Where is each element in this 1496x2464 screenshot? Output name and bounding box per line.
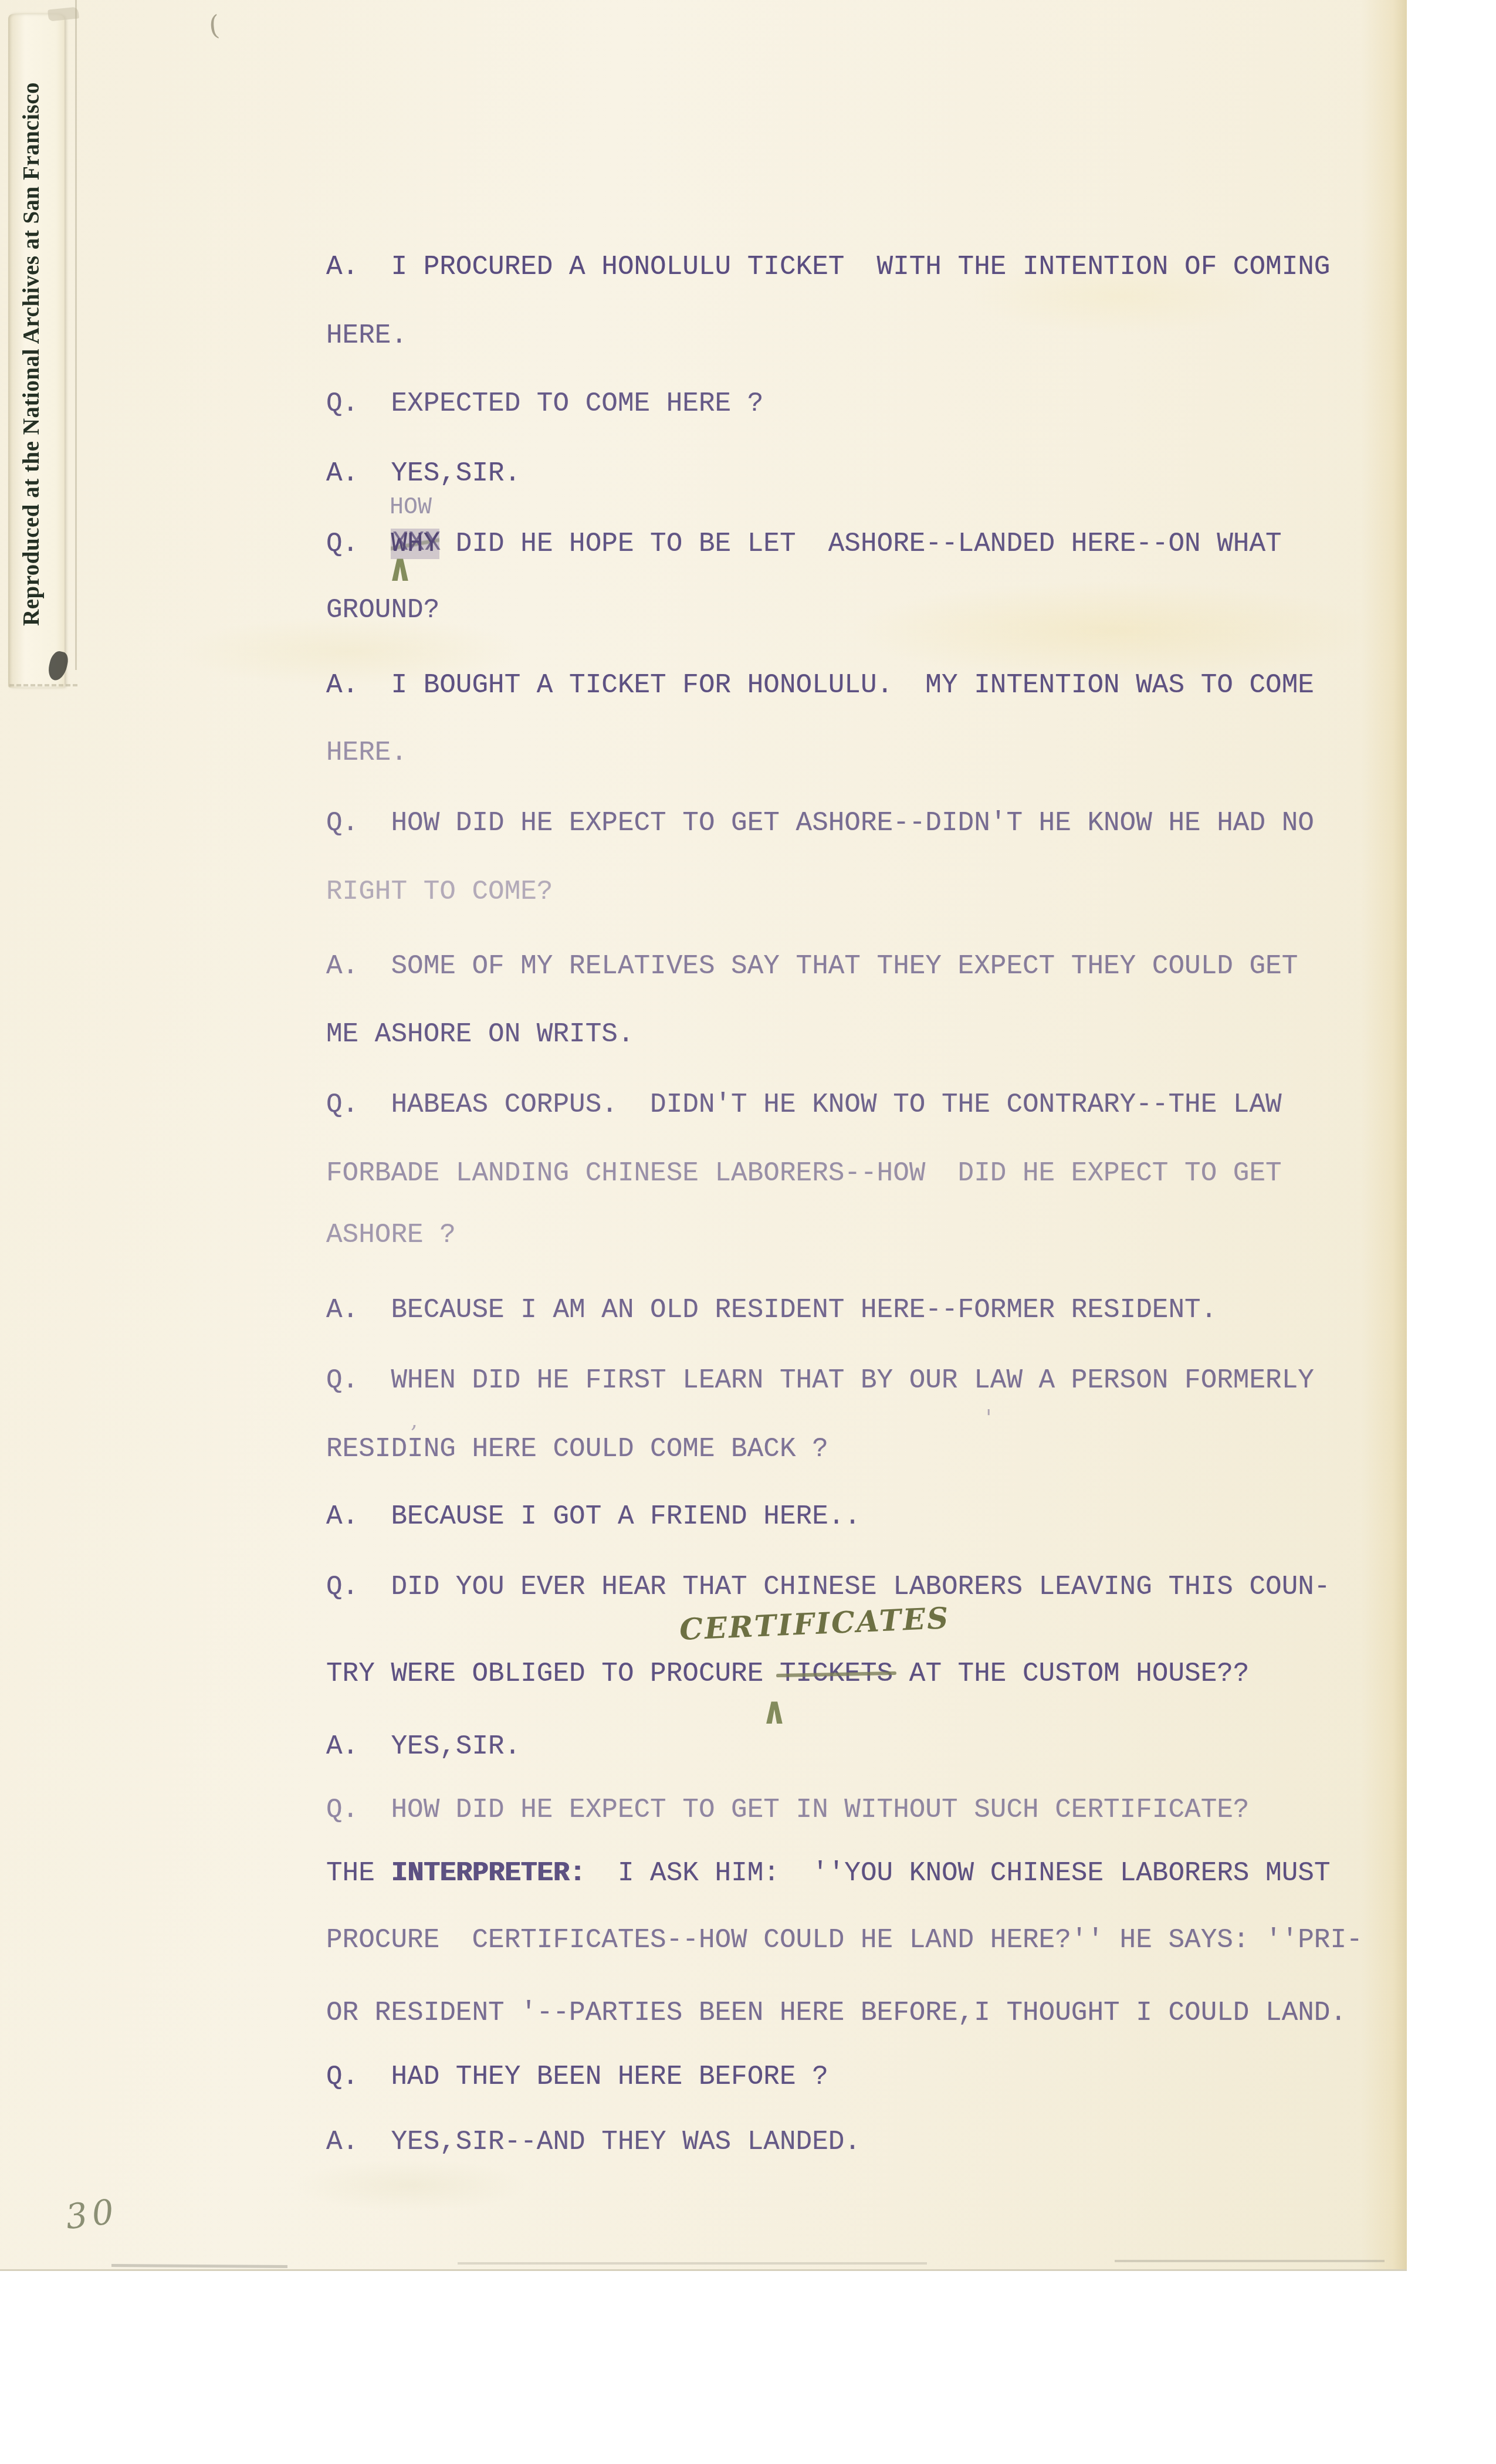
segment-text: A. YES,SIR--AND THEY WAS LANDED. [326, 2127, 861, 2157]
segment-overtype: INTERPRETER: [391, 1858, 585, 1888]
archive-strip-label: Reproduced at the National Archives at S… [18, 82, 45, 626]
typed-line: GROUND? [326, 597, 439, 624]
segment-text: THE [326, 1858, 391, 1888]
handwritten-certificates: CERTIFICATES [679, 1600, 950, 1647]
segment-text: A. I BOUGHT A TICKET FOR HONOLULU. MY IN… [326, 670, 1314, 700]
segment-text: RIGHT TO COME? [326, 876, 553, 907]
page-edge-shadow [111, 2264, 287, 2268]
segment-text: FORBADE LANDING CHINESE LABORERS--HOW DI… [326, 1158, 1282, 1189]
segment-text: I ASK HIM: ''YOU KNOW CHINESE LABORERS M… [585, 1858, 1331, 1888]
typed-line: THE INTERPRETER: I ASK HIM: ''YOU KNOW C… [326, 1860, 1331, 1887]
typed-line: Q. EXPECTED TO COME HERE ? [326, 390, 763, 417]
typed-line: Q. DID YOU EVER HEAR THAT CHINESE LABORE… [326, 1573, 1330, 1600]
typed-line: A. I PROCURED A HONOLULU TICKET WITH THE… [326, 253, 1330, 280]
segment-text: ME ASHORE ON WRITS. [326, 1019, 634, 1050]
typed-line: Q. HAD THEY BEEN HERE BEFORE ? [326, 2063, 828, 2090]
pencil-caret-why: ∧ [387, 546, 413, 590]
typed-line: Q. HOW DID HE EXPECT TO GET ASHORE--DIDN… [326, 810, 1314, 837]
page-edge-shadow [1115, 2260, 1385, 2262]
page-left-edge [75, 0, 77, 670]
segment-text: Q. HOW DID HE EXPECT TO GET ASHORE--DIDN… [326, 808, 1314, 838]
paper-stain [293, 2159, 528, 2212]
typed-line: Q. HOW DID HE EXPECT TO GET IN WITHOUT S… [326, 1796, 1249, 1823]
segment-text: Q. HABEAS CORPUS. DIDN'T HE KNOW TO THE … [326, 1089, 1282, 1120]
typed-line: A. SOME OF MY RELATIVES SAY THAT THEY EX… [326, 953, 1298, 980]
typed-line: RESIDING HERE COULD COME BACK ? [326, 1436, 828, 1463]
stray-apostrophe-mark: ' [986, 1404, 991, 1430]
tape-tear [48, 6, 79, 21]
segment-text: HERE. [326, 320, 407, 351]
typed-line: HERE. [326, 322, 407, 349]
typed-line: Q. WHEN DID HE FIRST LEARN THAT BY OUR L… [326, 1367, 1314, 1394]
typed-line: FORBADE LANDING CHINESE LABORERS--HOW DI… [326, 1160, 1282, 1187]
segment-text: A. YES,SIR. [326, 1731, 520, 1762]
segment-strike: TICKETS [780, 1659, 893, 1689]
typed-line: PROCURE CERTIFICATES--HOW COULD HE LAND … [326, 1927, 1363, 1954]
segment-text: TRY WERE OBLIGED TO PROCURE [326, 1659, 780, 1689]
typed-line: A. YES,SIR. [326, 1733, 520, 1760]
pencil-caret-tickets: ∧ [761, 1688, 787, 1733]
typed-line: HERE. [326, 739, 407, 766]
stray-comma-mark: , [411, 1407, 418, 1433]
segment-text: RESIDING HERE COULD COME BACK ? [326, 1434, 828, 1464]
segment-text: A. BECAUSE I AM AN OLD RESIDENT HERE--FO… [326, 1295, 1217, 1325]
scanned-page: Reproduced at the National Archives at S… [0, 0, 1407, 2270]
typed-line: ME ASHORE ON WRITS. [326, 1021, 634, 1048]
typed-line: OR RESIDENT '--PARTIES BEEN HERE BEFORE,… [326, 1999, 1346, 2026]
segment-text: A. BECAUSE I GOT A FRIEND HERE.. [326, 1501, 861, 1532]
segment-text: GROUND? [326, 595, 439, 625]
page-bottom-edge [0, 2269, 1407, 2271]
segment-text: OR RESIDENT '--PARTIES BEEN HERE BEFORE,… [326, 1998, 1346, 2028]
segment-text: DID HE HOPE TO BE LET ASHORE--LANDED HER… [439, 529, 1281, 559]
segment-text: Q. [326, 529, 391, 559]
segment-text: AT THE CUSTOM HOUSE?? [893, 1659, 1249, 1689]
tape-bottom-edge [9, 684, 77, 686]
archive-strip-label-wrap: Reproduced at the National Archives at S… [9, 34, 53, 673]
typed-line: A. BECAUSE I GOT A FRIEND HERE.. [326, 1503, 861, 1530]
segment-text: A. YES,SIR. [326, 458, 520, 489]
typed-line: A. YES,SIR--AND THEY WAS LANDED. [326, 2128, 861, 2155]
segment-text: Q. DID YOU EVER HEAR THAT CHINESE LABORE… [326, 1572, 1330, 1602]
segment-text: Q. HOW DID HE EXPECT TO GET IN WITHOUT S… [326, 1795, 1249, 1825]
stray-paren-mark: ( [208, 9, 221, 41]
typed-line: Q. WHY DID HE HOPE TO BE LET ASHORE--LAN… [326, 530, 1282, 557]
typed-line: Q. HABEAS CORPUS. DIDN'T HE KNOW TO THE … [326, 1091, 1282, 1118]
segment-text: A. I PROCURED A HONOLULU TICKET WITH THE… [326, 252, 1330, 282]
page-right-shade [1361, 0, 1407, 2270]
typed-line: A. I BOUGHT A TICKET FOR HONOLULU. MY IN… [326, 672, 1314, 699]
interlined-correction-how: HOW [390, 495, 432, 521]
paper-stain [851, 581, 1379, 681]
segment-text: Q. EXPECTED TO COME HERE ? [326, 388, 763, 419]
typed-line: ASHORE ? [326, 1221, 456, 1248]
typed-line: TRY WERE OBLIGED TO PROCURE TICKETS AT T… [326, 1660, 1249, 1687]
segment-text: Q. HAD THEY BEEN HERE BEFORE ? [326, 2062, 828, 2092]
handwritten-page-number: 30 [63, 2191, 120, 2237]
typed-line: RIGHT TO COME? [326, 878, 553, 905]
page-edge-shadow [458, 2262, 927, 2265]
segment-text: Q. WHEN DID HE FIRST LEARN THAT BY OUR L… [326, 1365, 1314, 1396]
segment-text: A. SOME OF MY RELATIVES SAY THAT THEY EX… [326, 951, 1298, 981]
typed-line: A. YES,SIR. [326, 460, 520, 487]
segment-text: ASHORE ? [326, 1220, 456, 1250]
segment-text: PROCURE CERTIFICATES--HOW COULD HE LAND … [326, 1925, 1363, 1955]
typed-line: A. BECAUSE I AM AN OLD RESIDENT HERE--FO… [326, 1297, 1217, 1324]
segment-text: HERE. [326, 737, 407, 768]
